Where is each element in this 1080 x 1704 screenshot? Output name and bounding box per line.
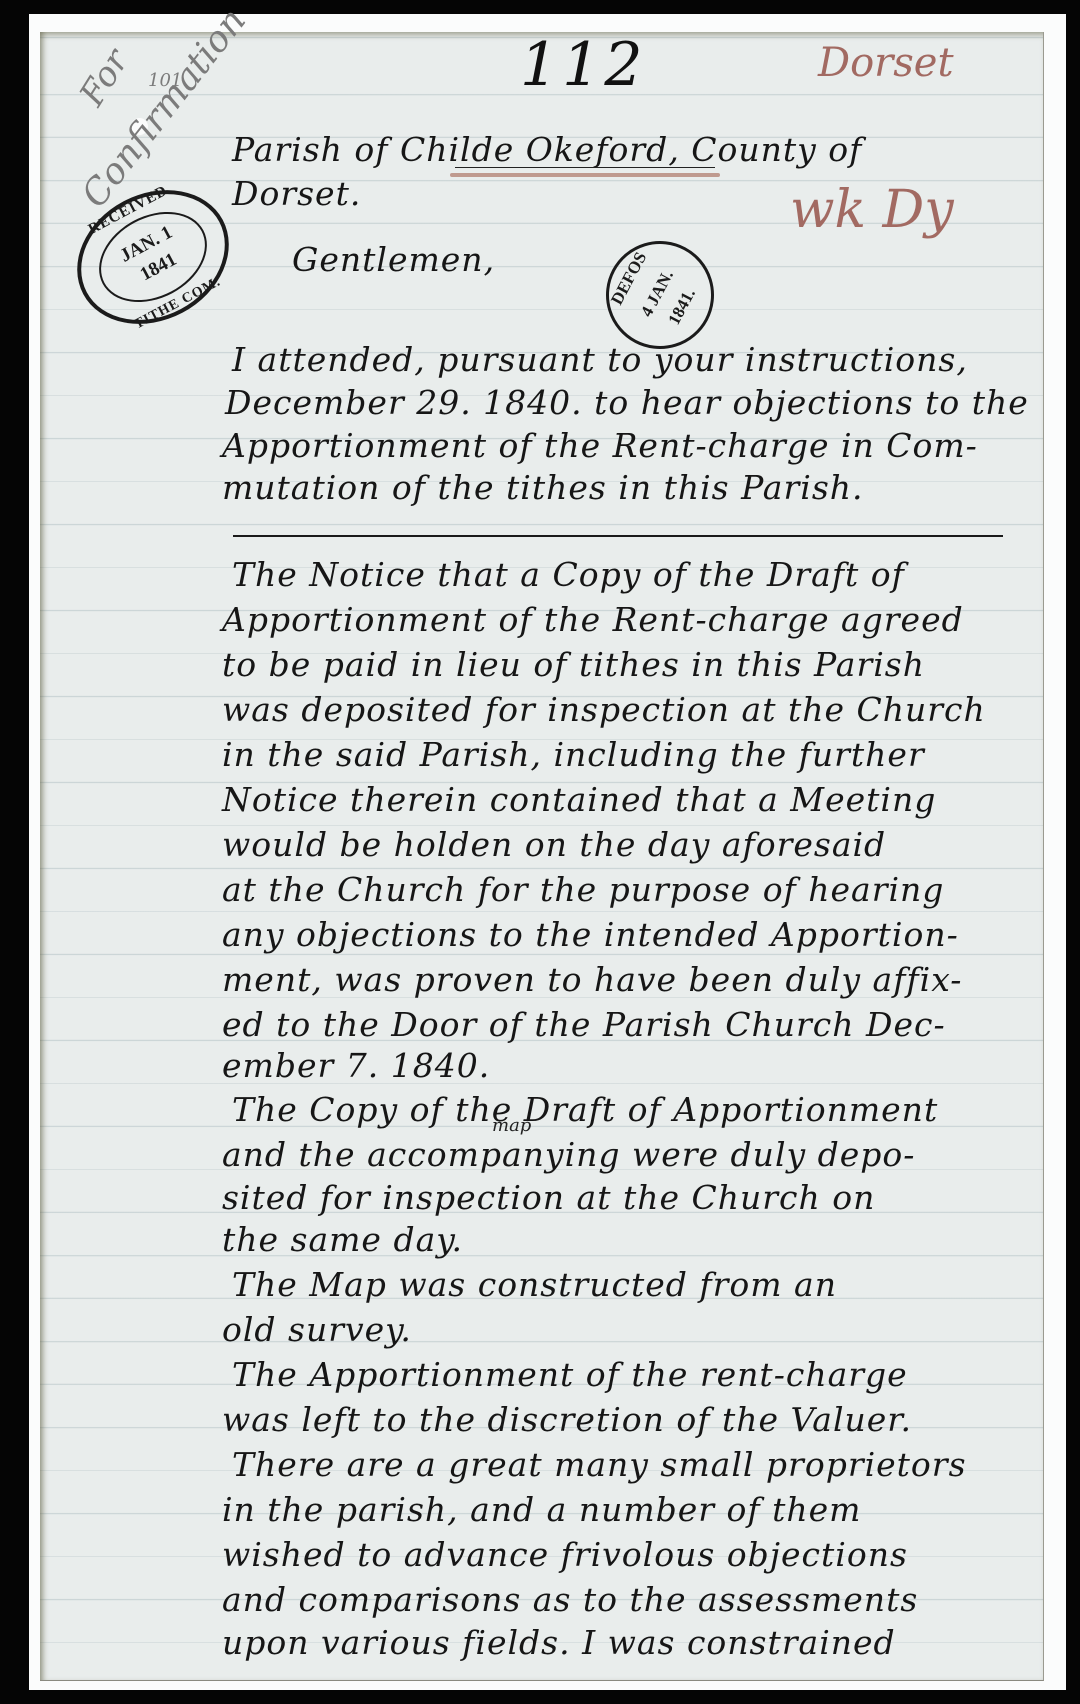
paragraph1-line: mutation of the tithes in this Parish. <box>222 468 864 507</box>
body-line: ed to the Door of the Parish Church Dec- <box>222 1005 946 1044</box>
body-line: The Map was constructed from an <box>232 1265 837 1304</box>
folio-number: 112 <box>520 30 647 100</box>
paragraph1-line: Apportionment of the Rent-charge in Com- <box>222 426 978 465</box>
body-line: The Apportionment of the rent-charge <box>232 1355 908 1394</box>
body-line: was left to the discretion of the Valuer… <box>222 1400 912 1439</box>
body-line: was deposited for inspection at the Chur… <box>222 690 986 729</box>
parish-name: Childe Okeford <box>400 130 668 169</box>
heading-line-2: Dorset. <box>232 174 361 213</box>
heading-line-1: Parish of Childe Okeford, County of <box>232 130 862 169</box>
body-line: sited for inspection at the Church on <box>222 1178 875 1217</box>
body-line: and comparisons as to the assessments <box>222 1580 918 1619</box>
parish-name-underline <box>455 167 715 168</box>
body-line: ember 7. 1840. <box>222 1046 490 1085</box>
body-line: in the parish, and a number of them <box>222 1490 861 1529</box>
salutation: Gentlemen, <box>292 240 495 279</box>
body-line: the same day. <box>222 1220 463 1259</box>
body-line: Notice therein contained that a Meeting <box>222 780 936 819</box>
parish-name-red-underline <box>450 173 720 177</box>
body-line: old survey. <box>222 1310 412 1349</box>
body-line: Apportionment of the Rent-charge agreed <box>222 600 964 639</box>
body-line: ment, was proven to have been duly affix… <box>222 960 962 999</box>
body-line: The Notice that a Copy of the Draft of <box>232 555 905 594</box>
paragraph1-line: I attended, pursuant to your instruction… <box>232 340 968 379</box>
body-line: in the said Parish, including the furthe… <box>222 735 925 774</box>
paragraph1-line: December 29. 1840. to hear objections to… <box>225 383 1029 422</box>
body-line: There are a great many small proprietors <box>232 1445 967 1484</box>
body-line: would be holden on the day aforesaid <box>222 825 886 864</box>
body-line: upon various fields. I was constrained <box>222 1623 896 1662</box>
body-line: The Copy of the Draft of Apportionment <box>232 1090 938 1129</box>
body-line: to be paid in lieu of tithes in this Par… <box>222 645 925 684</box>
body-line: and the accompanying were duly depo- <box>222 1135 915 1174</box>
section-divider <box>233 535 1003 537</box>
red-note-dorset: Dorset <box>818 40 954 86</box>
interlinear-insertion: map <box>492 1115 531 1136</box>
body-line: any objections to the intended Apportion… <box>222 915 959 954</box>
body-line: at the Church for the purpose of hearing <box>222 870 944 909</box>
red-signature-initials: wk Dy <box>790 180 954 240</box>
body-line: wished to advance frivolous objections <box>222 1535 908 1574</box>
